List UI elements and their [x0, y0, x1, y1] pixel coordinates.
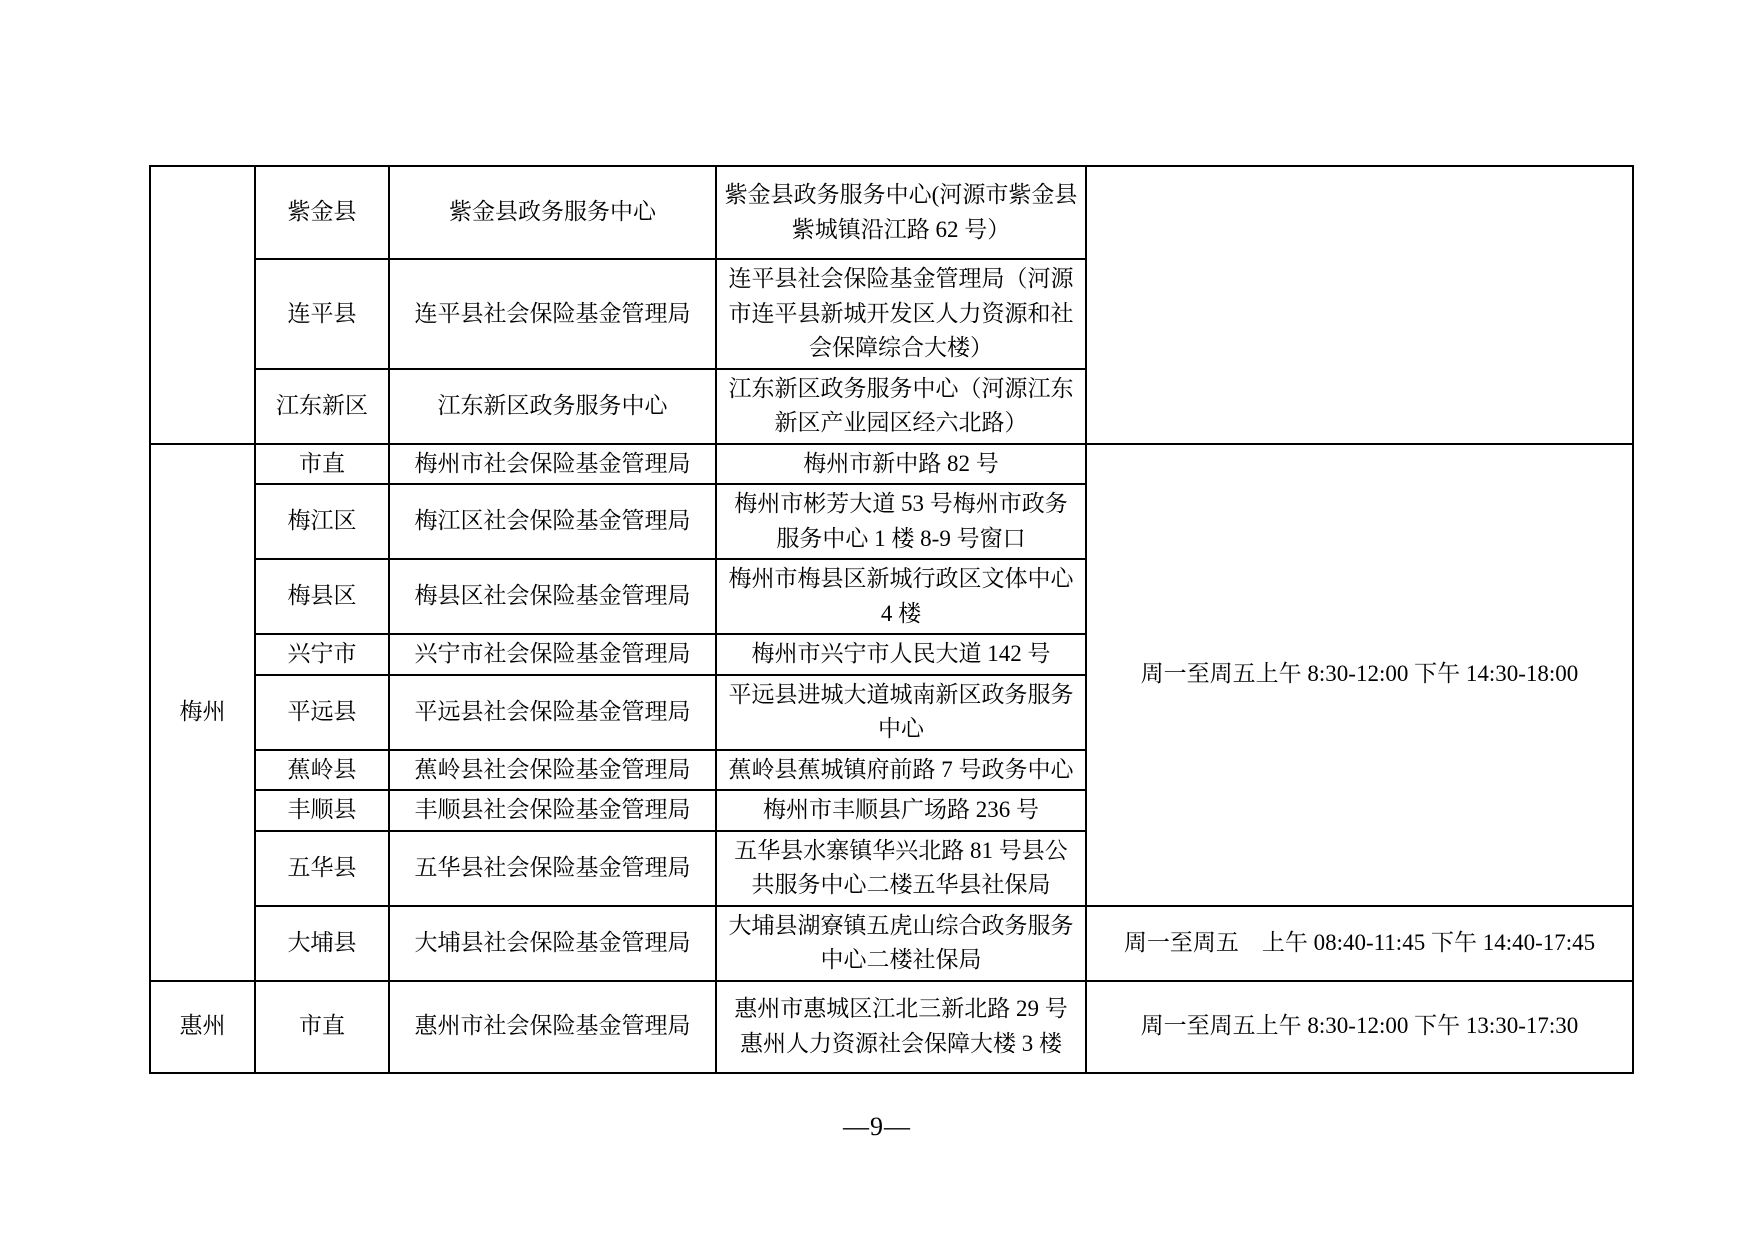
agency-cell: 紫金县政务服务中心: [389, 166, 716, 259]
district-cell: 连平县: [255, 259, 389, 369]
district-cell: 兴宁市: [255, 634, 389, 675]
agency-cell: 兴宁市社会保险基金管理局: [389, 634, 716, 675]
agency-cell: 平远县社会保险基金管理局: [389, 675, 716, 750]
address-cell: 连平县社会保险基金管理局（河源市连平县新城开发区人力资源和社会保障综合大楼）: [716, 259, 1086, 369]
district-cell: 丰顺县: [255, 790, 389, 831]
hours-cell-dabu: 周一至周五 上午 08:40-11:45 下午 14:40-17:45: [1086, 906, 1633, 981]
service-centers-table: 紫金县 紫金县政务服务中心 紫金县政务服务中心(河源市紫金县紫城镇沿江路 62 …: [149, 165, 1634, 1074]
hours-cell-meizhou-shared: 周一至周五上午 8:30-12:00 下午 14:30-18:00: [1086, 444, 1633, 906]
agency-cell: 大埔县社会保险基金管理局: [389, 906, 716, 981]
city-cell-meizhou: 梅州: [150, 444, 255, 981]
district-cell: 大埔县: [255, 906, 389, 981]
agency-cell: 丰顺县社会保险基金管理局: [389, 790, 716, 831]
agency-cell: 蕉岭县社会保险基金管理局: [389, 750, 716, 791]
address-cell: 江东新区政务服务中心（河源江东新区产业园区经六北路）: [716, 369, 1086, 444]
hours-cell-continued: [1086, 166, 1633, 444]
table-row: 紫金县 紫金县政务服务中心 紫金县政务服务中心(河源市紫金县紫城镇沿江路 62 …: [150, 166, 1633, 259]
agency-cell: 梅江区社会保险基金管理局: [389, 484, 716, 559]
district-cell: 梅江区: [255, 484, 389, 559]
address-cell: 梅州市彬芳大道 53 号梅州市政务服务中心 1 楼 8-9 号窗口: [716, 484, 1086, 559]
agency-cell: 梅县区社会保险基金管理局: [389, 559, 716, 634]
district-cell: 市直: [255, 444, 389, 485]
address-cell: 梅州市丰顺县广场路 236 号: [716, 790, 1086, 831]
district-cell: 蕉岭县: [255, 750, 389, 791]
district-cell: 梅县区: [255, 559, 389, 634]
address-cell: 惠州市惠城区江北三新北路 29 号惠州人力资源社会保障大楼 3 楼: [716, 981, 1086, 1073]
agency-cell: 惠州市社会保险基金管理局: [389, 981, 716, 1073]
district-cell: 紫金县: [255, 166, 389, 259]
address-cell: 紫金县政务服务中心(河源市紫金县紫城镇沿江路 62 号）: [716, 166, 1086, 259]
address-cell: 梅州市新中路 82 号: [716, 444, 1086, 485]
page-number: —9—: [0, 1112, 1754, 1142]
district-cell: 江东新区: [255, 369, 389, 444]
address-cell: 平远县进城大道城南新区政务服务中心: [716, 675, 1086, 750]
district-cell: 平远县: [255, 675, 389, 750]
district-cell: 市直: [255, 981, 389, 1073]
agency-cell: 连平县社会保险基金管理局: [389, 259, 716, 369]
address-cell: 梅州市梅县区新城行政区文体中心 4 楼: [716, 559, 1086, 634]
address-cell: 梅州市兴宁市人民大道 142 号: [716, 634, 1086, 675]
table-row: 梅州 市直 梅州市社会保险基金管理局 梅州市新中路 82 号 周一至周五上午 8…: [150, 444, 1633, 485]
city-cell-huizhou: 惠州: [150, 981, 255, 1073]
district-cell: 五华县: [255, 831, 389, 906]
table-row: 惠州 市直 惠州市社会保险基金管理局 惠州市惠城区江北三新北路 29 号惠州人力…: [150, 981, 1633, 1073]
city-cell-continued: [150, 166, 255, 444]
table-row: 大埔县 大埔县社会保险基金管理局 大埔县湖寮镇五虎山综合政务服务中心二楼社保局 …: [150, 906, 1633, 981]
hours-cell-huizhou: 周一至周五上午 8:30-12:00 下午 13:30-17:30: [1086, 981, 1633, 1073]
address-cell: 蕉岭县蕉城镇府前路 7 号政务中心: [716, 750, 1086, 791]
agency-cell: 江东新区政务服务中心: [389, 369, 716, 444]
address-cell: 大埔县湖寮镇五虎山综合政务服务中心二楼社保局: [716, 906, 1086, 981]
document-page: 紫金县 紫金县政务服务中心 紫金县政务服务中心(河源市紫金县紫城镇沿江路 62 …: [0, 0, 1754, 1241]
agency-cell: 五华县社会保险基金管理局: [389, 831, 716, 906]
agency-cell: 梅州市社会保险基金管理局: [389, 444, 716, 485]
address-cell: 五华县水寨镇华兴北路 81 号县公共服务中心二楼五华县社保局: [716, 831, 1086, 906]
